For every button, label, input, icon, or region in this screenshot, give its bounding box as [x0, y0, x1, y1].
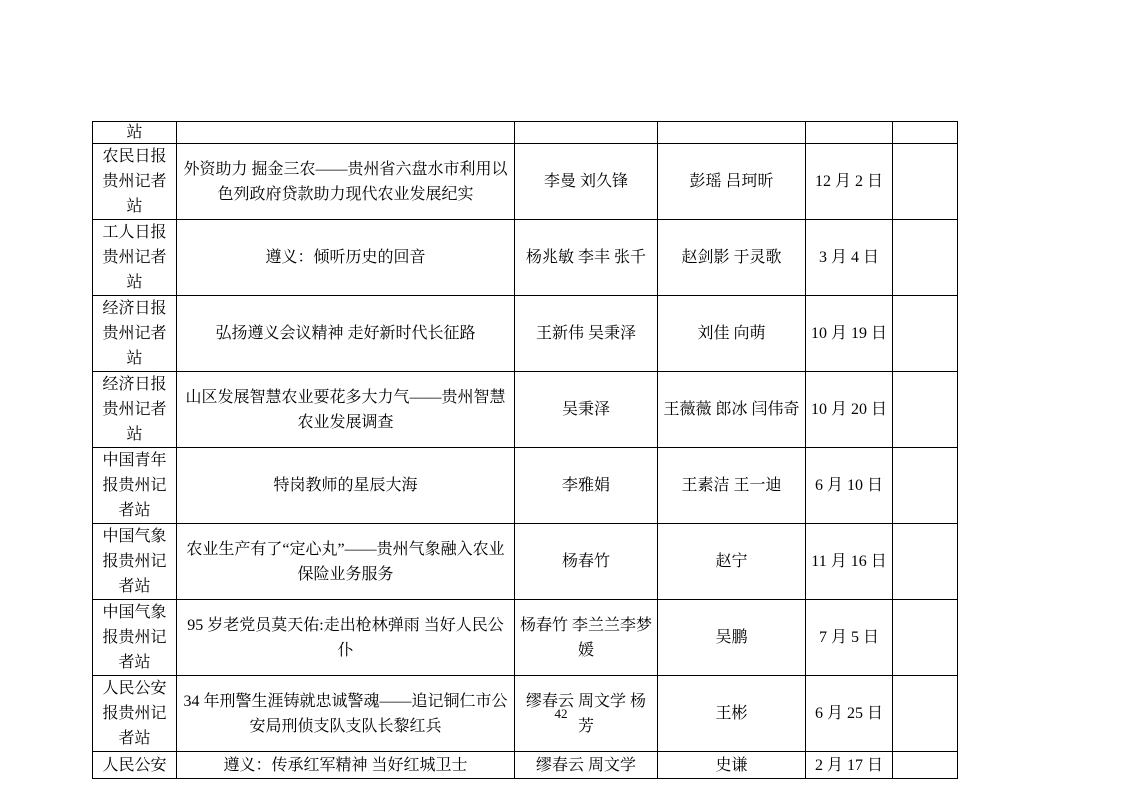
date-cell: 10 月 19 日 — [806, 296, 893, 372]
date-cell: 3 月 4 日 — [806, 220, 893, 296]
title-cell: 农业生产有了“定心丸”――贵州气象融入农业保险业务服务 — [177, 524, 515, 600]
station-cell: 中国青年报贵州记者站 — [93, 448, 177, 524]
station-cell: 中国气象报贵州记者站 — [93, 524, 177, 600]
note-cell — [893, 122, 958, 144]
authors-cell: 杨春竹 李兰兰李梦媛 — [515, 600, 658, 676]
table-row: 工人日报贵州记者站 遵义：倾听历史的回音 杨兆敏 李丰 张千 赵剑影 于灵歌 3… — [93, 220, 958, 296]
station-cell: 人民公安 — [93, 752, 177, 779]
authors-cell: 杨兆敏 李丰 张千 — [515, 220, 658, 296]
title-cell: 95 岁老党员莫天佑:走出枪林弹雨 当好人民公仆 — [177, 600, 515, 676]
editors-cell: 吴鹏 — [658, 600, 806, 676]
date-cell: 11 月 16 日 — [806, 524, 893, 600]
editors-cell: 史谦 — [658, 752, 806, 779]
authors-cell: 李雅娟 — [515, 448, 658, 524]
date-cell: 6 月 10 日 — [806, 448, 893, 524]
editors-cell: 王素洁 王一迪 — [658, 448, 806, 524]
note-cell — [893, 220, 958, 296]
table-row: 农民日报贵州记者站 外资助力 掘金三农――贵州省六盘水市利用以色列政府贷款助力现… — [93, 144, 958, 220]
table-row: 人民公安 遵义：传承红军精神 当好红城卫士 缪春云 周文学 史谦 2 月 17 … — [93, 752, 958, 779]
authors-cell: 吴秉泽 — [515, 372, 658, 448]
note-cell — [893, 372, 958, 448]
editors-cell: 彭瑶 吕珂昕 — [658, 144, 806, 220]
note-cell — [893, 144, 958, 220]
date-cell — [806, 122, 893, 144]
title-cell: 弘扬遵义会议精神 走好新时代长征路 — [177, 296, 515, 372]
authors-cell — [515, 122, 658, 144]
station-cell: 工人日报贵州记者站 — [93, 220, 177, 296]
table-row: 中国气象报贵州记者站 农业生产有了“定心丸”――贵州气象融入农业保险业务服务 杨… — [93, 524, 958, 600]
station-cell: 经济日报贵州记者站 — [93, 372, 177, 448]
station-cell: 经济日报贵州记者站 — [93, 296, 177, 372]
table-row: 经济日报贵州记者站 山区发展智慧农业要花多大力气――贵州智慧农业发展调查 吴秉泽… — [93, 372, 958, 448]
date-cell: 2 月 17 日 — [806, 752, 893, 779]
note-cell — [893, 296, 958, 372]
document-page: 站 农民日报贵州记者站 外资助力 掘金三农――贵州省六盘水市利用以色列政府贷款助… — [0, 0, 1122, 793]
date-cell: 12 月 2 日 — [806, 144, 893, 220]
articles-table: 站 农民日报贵州记者站 外资助力 掘金三农――贵州省六盘水市利用以色列政府贷款助… — [92, 121, 958, 779]
authors-cell: 杨春竹 — [515, 524, 658, 600]
title-cell: 遵义：传承红军精神 当好红城卫士 — [177, 752, 515, 779]
table-row: 中国青年报贵州记者站 特岗教师的星辰大海 李雅娟 王素洁 王一迪 6 月 10 … — [93, 448, 958, 524]
authors-cell: 缪春云 周文学 — [515, 752, 658, 779]
editors-cell: 王薇薇 郎冰 闫伟奇 — [658, 372, 806, 448]
page-number: 42 — [0, 706, 1122, 722]
title-cell: 特岗教师的星辰大海 — [177, 448, 515, 524]
date-cell: 10 月 20 日 — [806, 372, 893, 448]
table-row: 站 — [93, 122, 958, 144]
editors-cell: 赵剑影 于灵歌 — [658, 220, 806, 296]
editors-cell: 赵宁 — [658, 524, 806, 600]
title-cell: 遵义：倾听历史的回音 — [177, 220, 515, 296]
note-cell — [893, 524, 958, 600]
title-cell: 山区发展智慧农业要花多大力气――贵州智慧农业发展调查 — [177, 372, 515, 448]
note-cell — [893, 448, 958, 524]
station-cell: 农民日报贵州记者站 — [93, 144, 177, 220]
title-cell — [177, 122, 515, 144]
table-row: 中国气象报贵州记者站 95 岁老党员莫天佑:走出枪林弹雨 当好人民公仆 杨春竹 … — [93, 600, 958, 676]
note-cell — [893, 752, 958, 779]
note-cell — [893, 600, 958, 676]
table-row: 经济日报贵州记者站 弘扬遵义会议精神 走好新时代长征路 王新伟 吴秉泽 刘佳 向… — [93, 296, 958, 372]
editors-cell — [658, 122, 806, 144]
authors-cell: 李曼 刘久锋 — [515, 144, 658, 220]
date-cell: 7 月 5 日 — [806, 600, 893, 676]
editors-cell: 刘佳 向萌 — [658, 296, 806, 372]
station-cell: 站 — [93, 122, 177, 144]
authors-cell: 王新伟 吴秉泽 — [515, 296, 658, 372]
title-cell: 外资助力 掘金三农――贵州省六盘水市利用以色列政府贷款助力现代农业发展纪实 — [177, 144, 515, 220]
station-cell: 中国气象报贵州记者站 — [93, 600, 177, 676]
